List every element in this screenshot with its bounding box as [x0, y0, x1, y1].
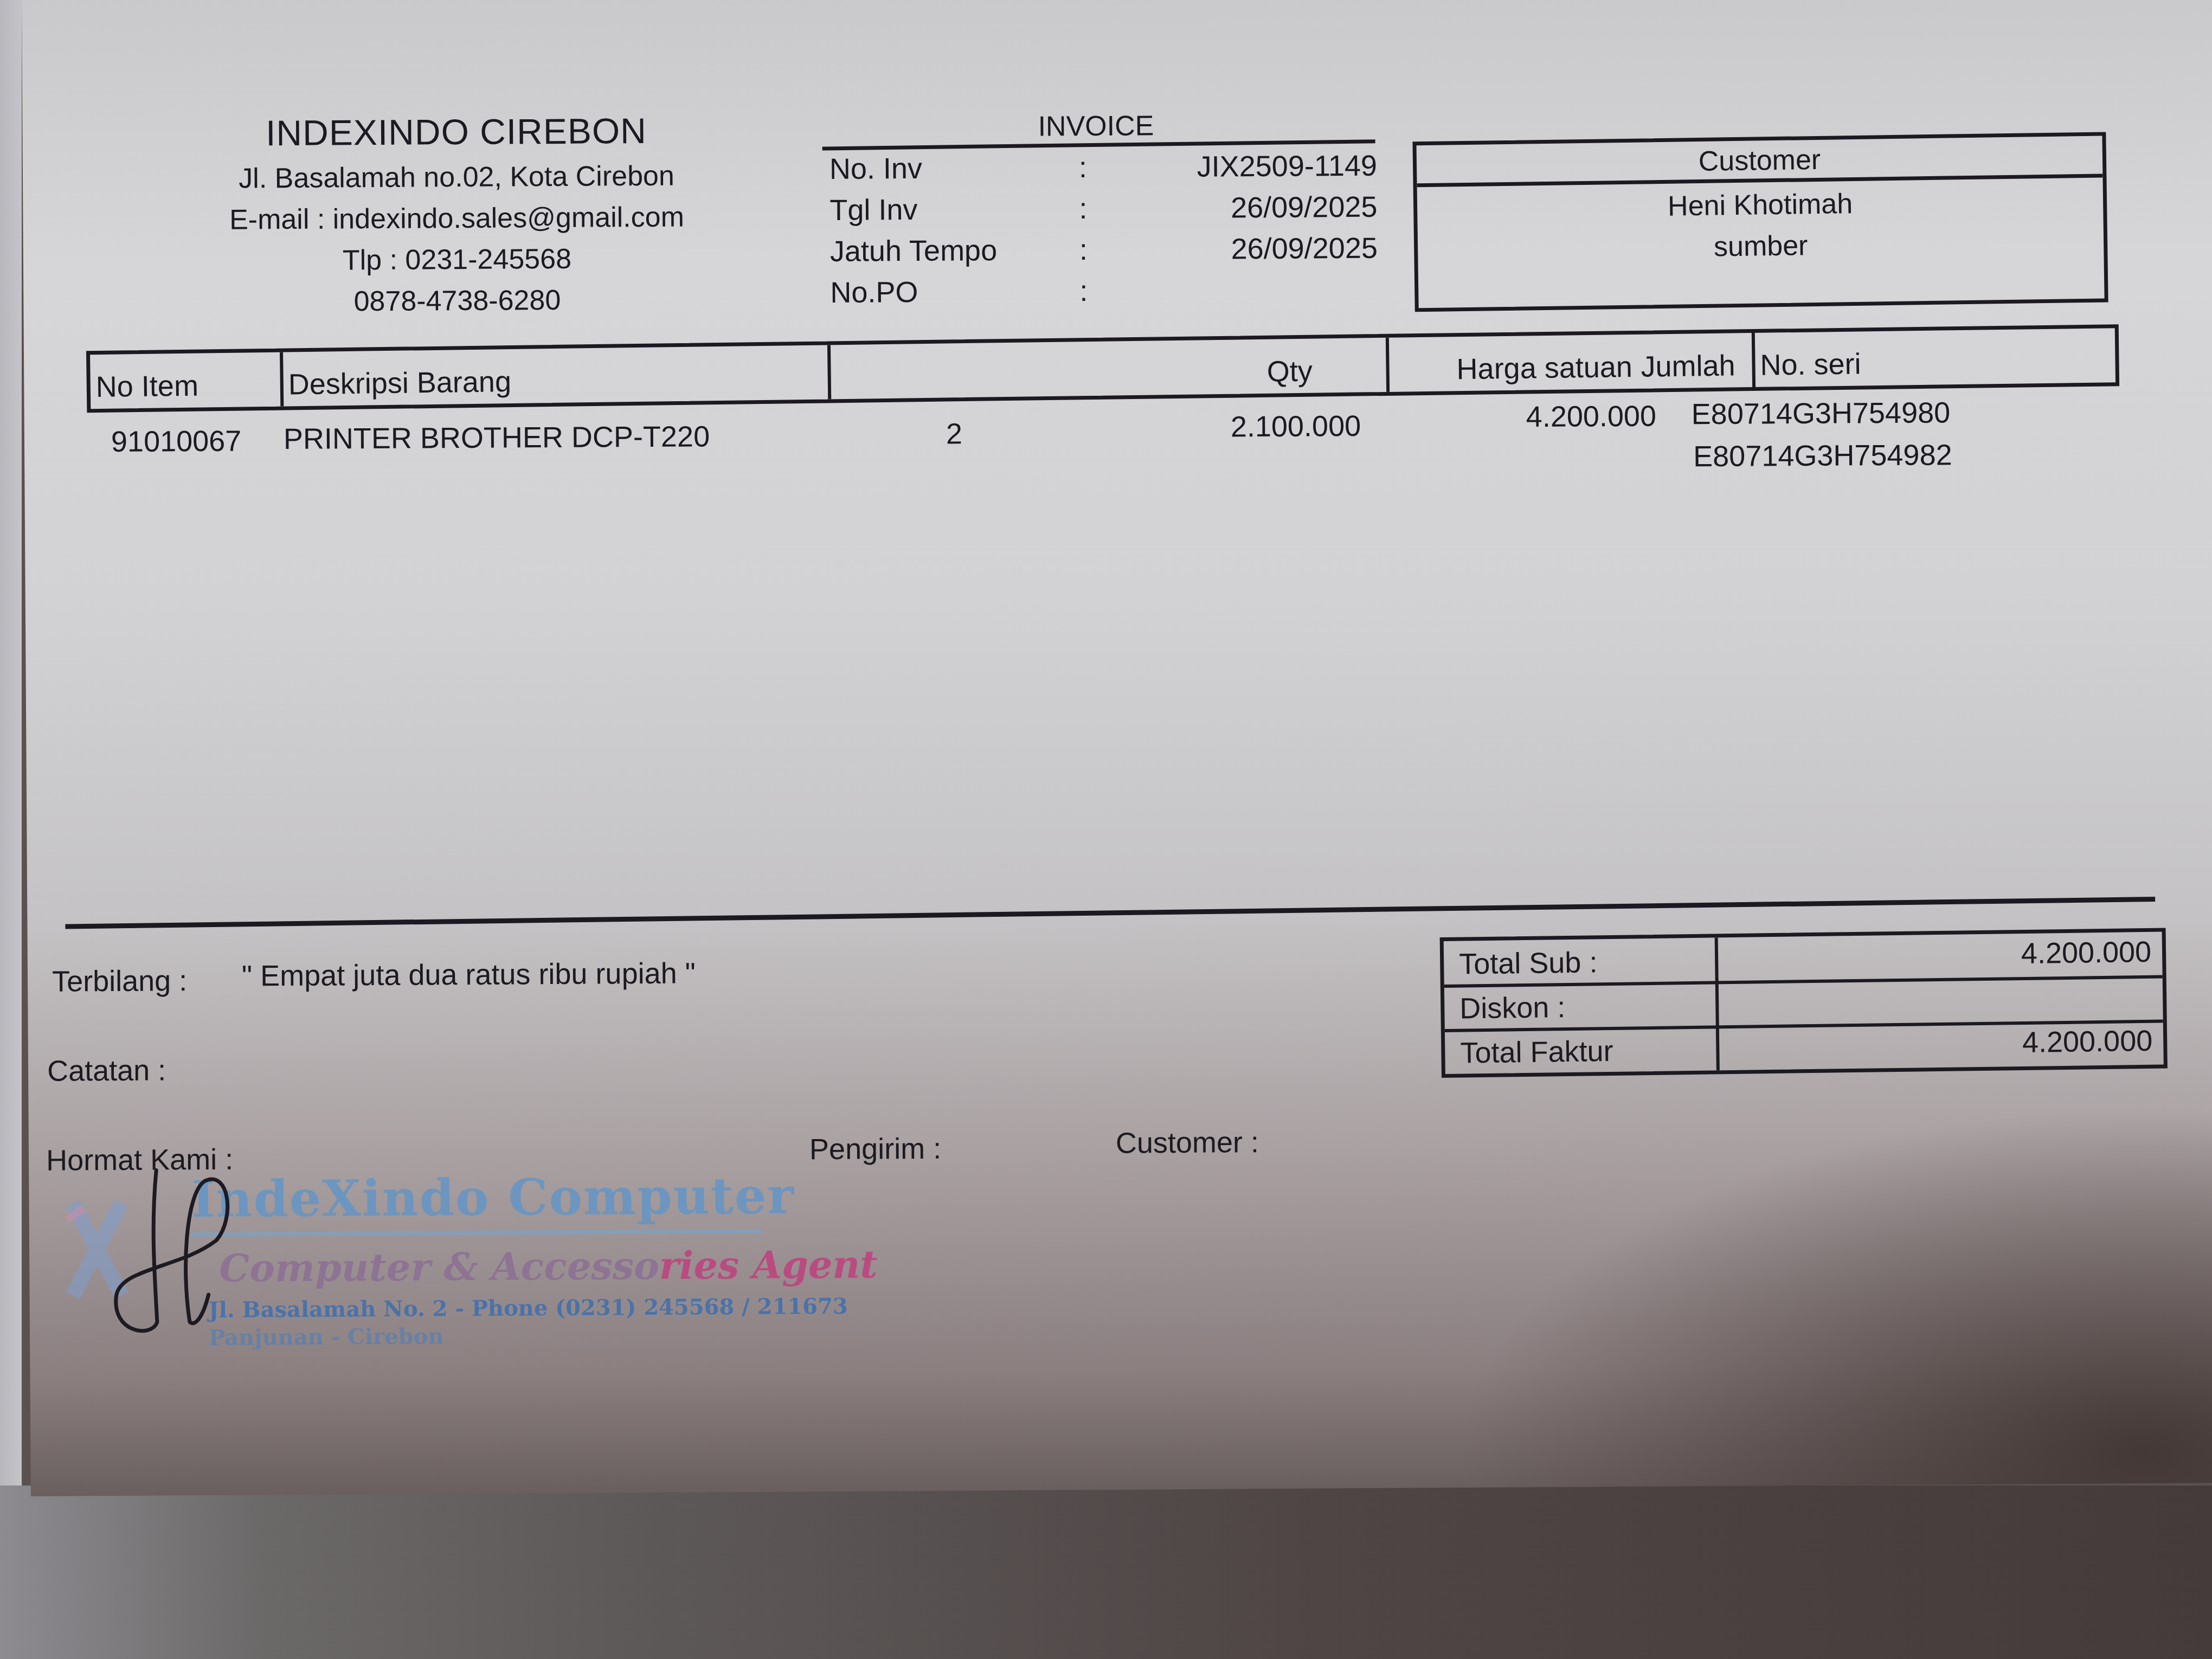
col-serial: No. seri [1760, 331, 1861, 387]
column-divider [1386, 338, 1390, 392]
stamp-tagline-part1: Computer & Accesso [219, 1243, 659, 1291]
field-label: No. Inv [829, 152, 922, 186]
stamp-tagline-part2: ries Agent [659, 1242, 878, 1288]
item-no: 91010067 [111, 425, 242, 459]
total-sub-value: 4.200.000 [2021, 935, 2151, 970]
terbilang-label: Terbilang : [52, 964, 188, 999]
background-surface [0, 0, 22, 1659]
stamp-underline [192, 1229, 761, 1237]
item-description: PRINTER BROTHER DCP-T220 [284, 420, 710, 456]
customer-sign-label: Customer : [1116, 1126, 1259, 1160]
field-colon: : [1079, 151, 1087, 184]
terbilang-value: " Empat juta dua ratus ribu rupiah " [242, 956, 696, 993]
column-divider [1752, 333, 1756, 387]
discount-label: Diskon : [1459, 991, 1566, 1026]
column-divider [280, 352, 284, 407]
total-faktur-value: 4.200.000 [2022, 1024, 2153, 1059]
field-colon: : [1079, 274, 1088, 308]
background-floor [0, 1486, 2212, 1659]
invoice-field-number: No. Inv : JIX2509-1149 [829, 149, 1377, 191]
invoice-field-due-date: Jatuh Tempo : 26/09/2025 [830, 232, 1378, 274]
field-label: Tgl Inv [829, 193, 917, 227]
field-value: 26/09/2025 [1231, 190, 1378, 225]
footer-rule [65, 897, 2155, 929]
col-no-item: No Item [95, 353, 198, 409]
invoice-field-po: No.PO : [830, 273, 1378, 315]
col-qty: Qty [1266, 339, 1313, 394]
column-divider [827, 345, 831, 399]
stamp-title: IndeXindo Computer [191, 1166, 795, 1229]
col-amount: Jumlah [1641, 333, 1735, 388]
totals-box: Total Sub : 4.200.000 Diskon : Total Fak… [1440, 928, 2168, 1078]
item-unit-price: 2.100.000 [1231, 409, 1361, 443]
company-email: E-mail : indexindo.sales@gmail.com [218, 196, 695, 240]
catatan-label: Catatan : [47, 1053, 166, 1088]
field-value: JIX2509-1149 [1197, 149, 1377, 184]
company-mobile: 0878-4738-6280 [218, 279, 696, 323]
item-amount: 4.200.000 [1526, 400, 1657, 434]
stamp-tagline: Computer & Accessories Agent [219, 1242, 878, 1290]
field-label: No.PO [830, 275, 918, 310]
pengirim-label: Pengirim : [809, 1132, 941, 1166]
invoice-field-date: Tgl Inv : 26/09/2025 [829, 190, 1377, 233]
item-serial-1: E80714G3H754980 [1692, 396, 1951, 431]
invoice-title: INVOICE [819, 108, 1372, 144]
total-sub-label: Total Sub : [1459, 946, 1598, 981]
col-unit-price: Harga satuan [1456, 335, 1633, 391]
company-phone: Tlp : 0231-245568 [218, 237, 696, 281]
field-label: Jatuh Tempo [830, 234, 998, 268]
stamp-address: Jl. Basalamah No. 2 - Phone (0231) 24556… [209, 1294, 848, 1323]
company-name: INDEXINDO CIREBON [217, 110, 695, 153]
total-faktur-row: Total Faktur 4.200.000 [1445, 1021, 2164, 1073]
total-faktur-label: Total Faktur [1460, 1034, 1613, 1070]
company-address: Jl. Basalamah no.02, Kota Cirebon [218, 155, 695, 199]
field-value: 26/09/2025 [1231, 232, 1378, 266]
item-serial-2: E80714G3H754982 [1693, 438, 1952, 473]
customer-location: sumber [1418, 221, 2104, 272]
item-qty: 2 [946, 417, 962, 451]
field-colon: : [1079, 192, 1087, 226]
company-header: INDEXINDO CIREBON Jl. Basalamah no.02, K… [217, 110, 696, 323]
signature-icon [99, 1159, 252, 1339]
field-colon: : [1079, 233, 1088, 267]
invoice-paper: INDEXINDO CIREBON Jl. Basalamah no.02, K… [22, 0, 2212, 1496]
col-description: Deskripsi Barang [288, 349, 511, 406]
customer-box: Customer Heni Khotimah sumber [1412, 132, 2108, 312]
